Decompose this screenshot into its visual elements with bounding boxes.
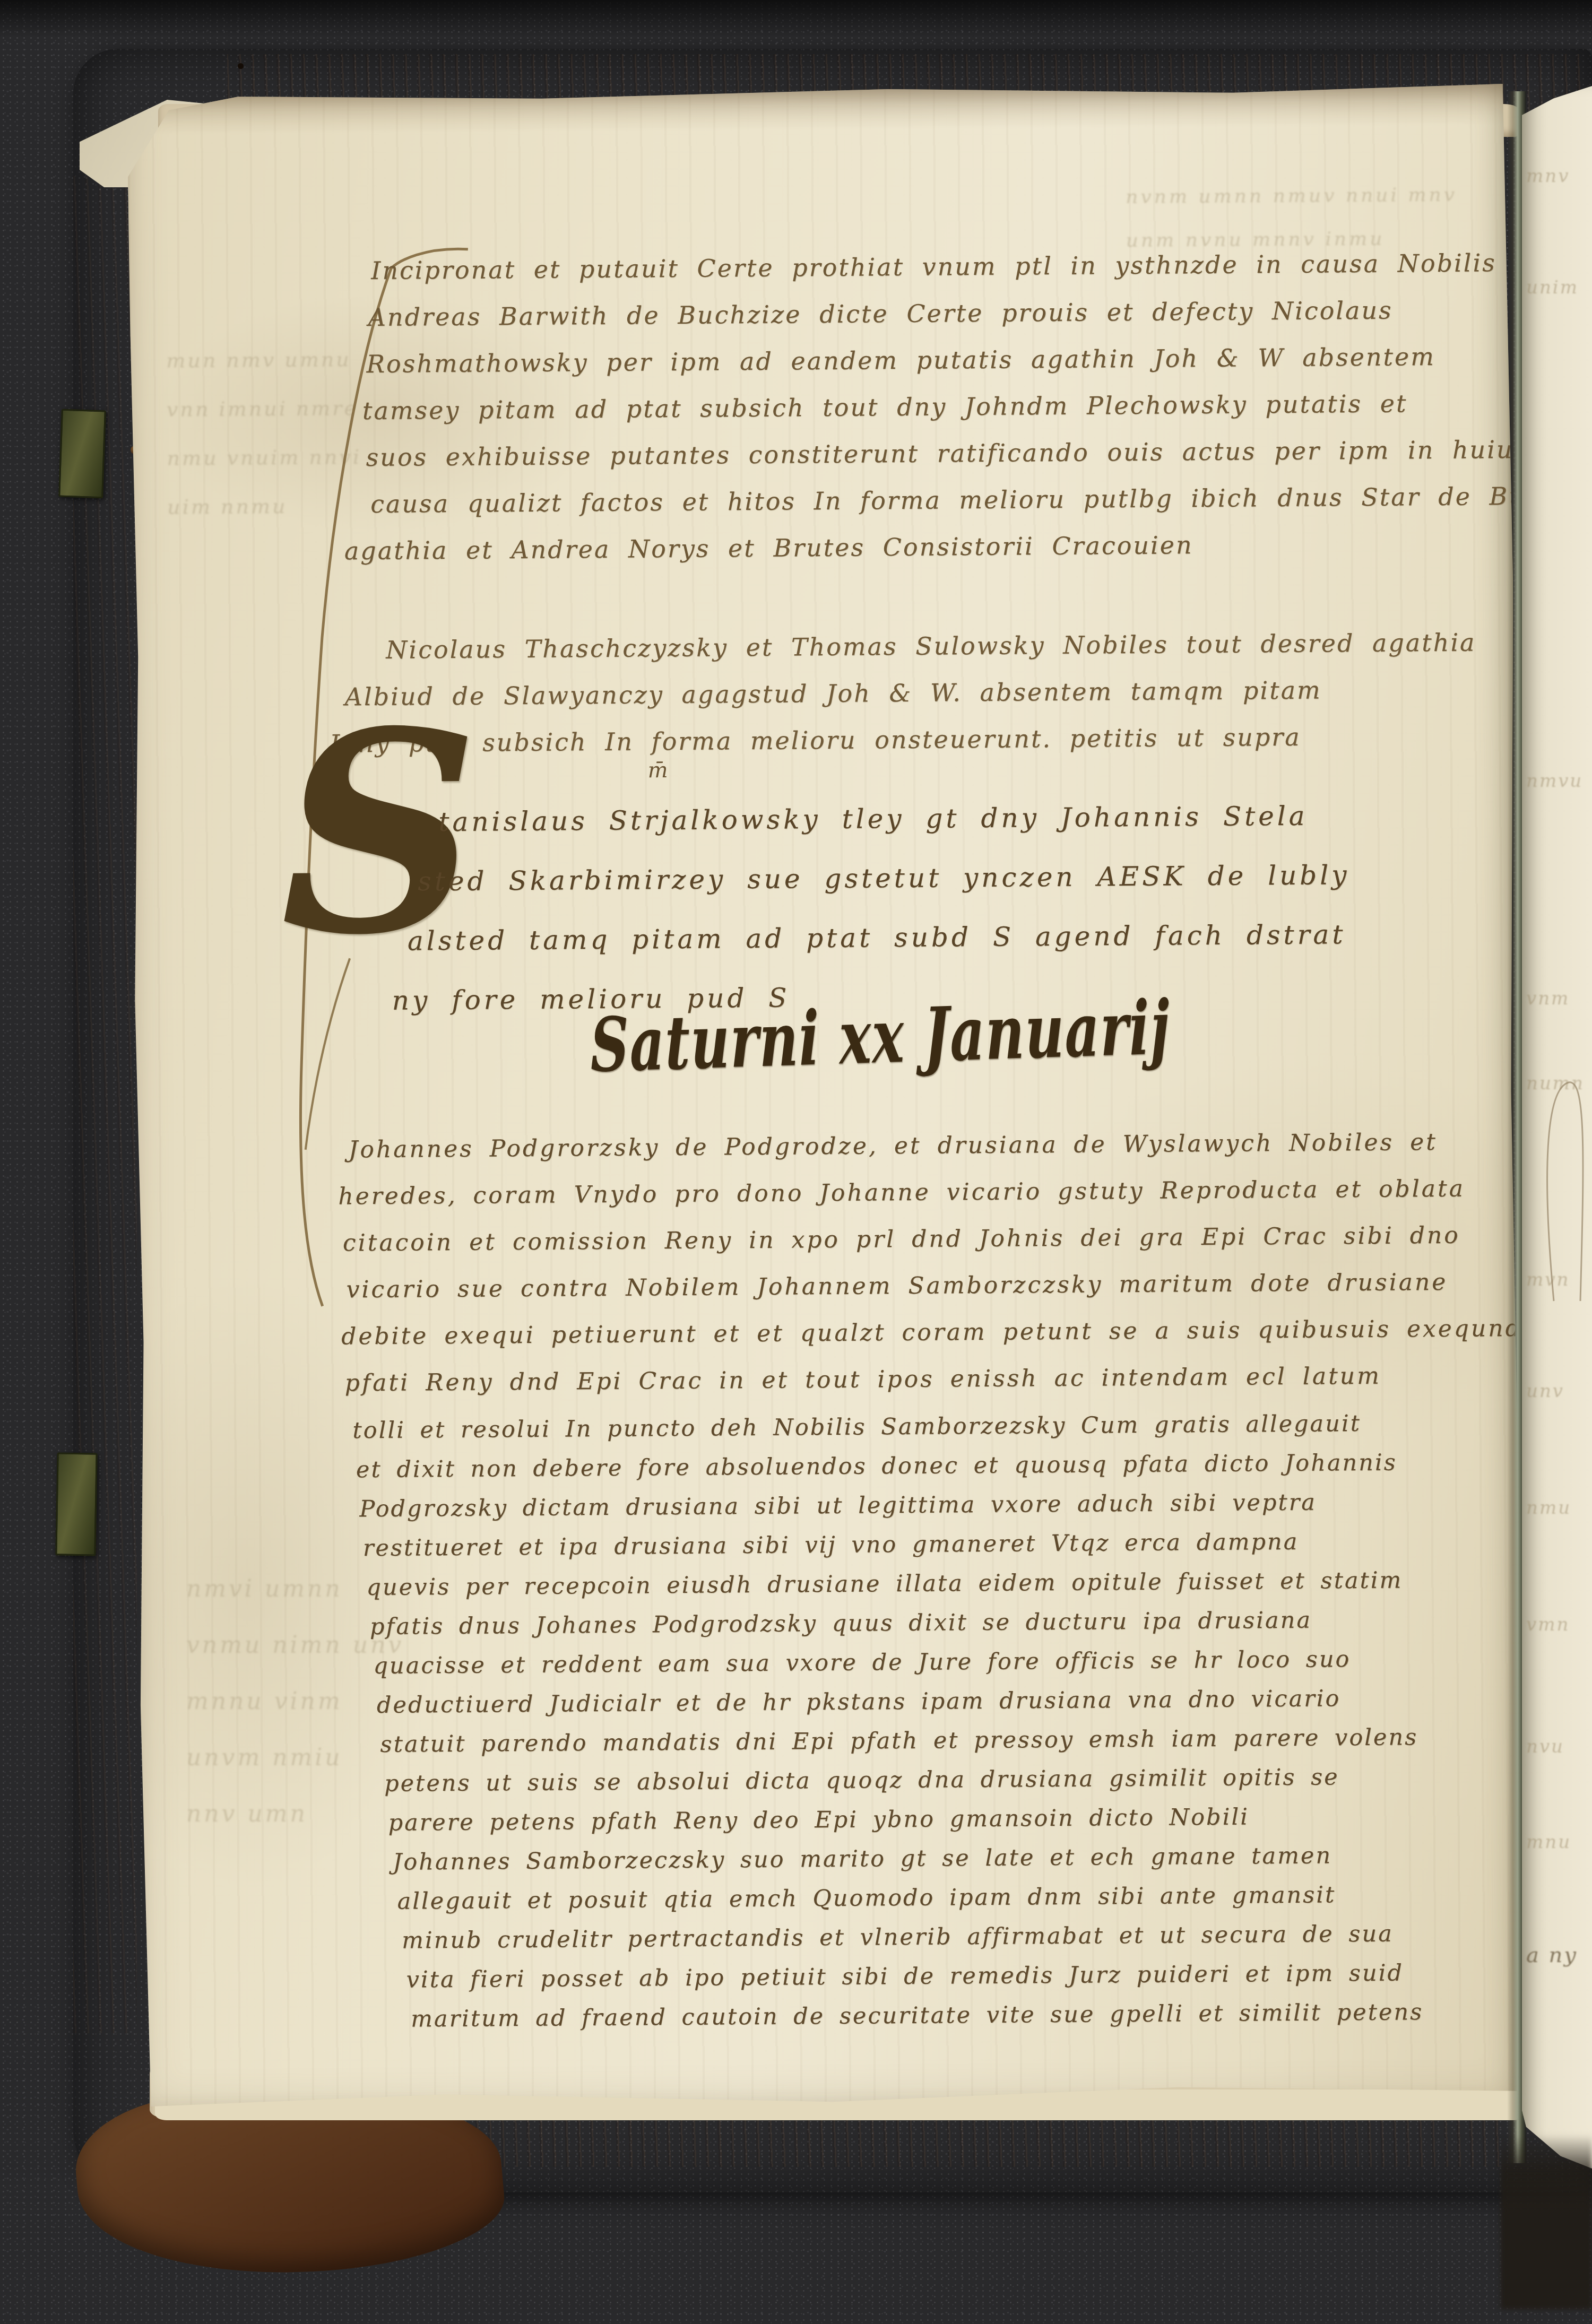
manuscript-line: citacoin et comission Reny in xpo prl dn… [343, 1212, 1522, 1267]
ghost-fragment: nmvu [1526, 770, 1583, 792]
ghost-fragment: numn [1526, 1073, 1585, 1094]
ghost-fragment: mnv [1526, 166, 1570, 187]
manuscript-line: petens ut suis se absolui dicta quoqz dn… [384, 1757, 1422, 1803]
manuscript-line: deductiuerd Judicialr et de hr pkstans i… [377, 1678, 1422, 1725]
paragraph-mark: m̄ [648, 758, 668, 783]
facing-page-edge: mnv unim nmvu vnm numn mvn unv nmu vmn n… [1522, 86, 1592, 2169]
manuscript-entry-4-continued: tolli et resolui In puncto deh Nobilis S… [352, 1403, 1423, 2039]
clasp-fitting-upper [58, 409, 106, 499]
manuscript-line: tamsey pitam ad ptat subsich tout dny Jo… [362, 379, 1543, 435]
ghost-fragment: vnm [1526, 988, 1570, 1009]
manuscript-line: Albiud de Slawyanczy agagstud Joh & W. a… [344, 665, 1476, 720]
manuscript-line: suos exhibuisse putantes constiterunt ra… [366, 426, 1543, 481]
manuscript-line: restitueret et ipa drusiana sibi vij vno… [363, 1521, 1421, 1568]
ghost-fragment: mvn [1526, 1269, 1570, 1290]
manuscript-line: allegauit et posuit qtia emch Quomodo ip… [397, 1875, 1423, 1921]
ghost-fragment: mnu [1526, 1832, 1571, 1853]
ghost-fragment: unim [1526, 277, 1579, 298]
manuscript-line: Johannes Samborzeczsky suo marito gt se … [393, 1835, 1423, 1882]
manuscript-line: minub crudelitr pertractandis et vlnerib… [402, 1914, 1423, 1960]
manuscript-line: Nicolaus Thaschczyzsky et Thomas Sulowsk… [386, 619, 1476, 673]
manuscript-line: Juny ptat subsich In forma melioru onste… [329, 712, 1477, 767]
manuscript-entry-4: Johannes Podgrorzsky de Podgrodze, et dr… [345, 1118, 1522, 1407]
manuscript-line: heredes, coram Vnydo pro dono Johanne vi… [338, 1165, 1521, 1220]
manuscript-page: mun nmv umnu vnn imnui nmre nmu vnuim nn… [127, 83, 1524, 2109]
manuscript-line: et dixit non debere fore absoluendos don… [356, 1443, 1420, 1489]
manuscript-line: quevis per recepcoin eiusdh drusiane ill… [366, 1560, 1421, 1607]
clasp-fitting-lower [55, 1452, 97, 1556]
manuscript-line: vicario sue contra Nobilem Johannem Samb… [346, 1259, 1522, 1313]
manuscript-line: tanislaus Strjalkowsky tley gt dny Johan… [438, 786, 1349, 852]
ghost-fragment: nmu [1526, 1497, 1571, 1519]
manuscript-line: agathia et Andrea Norys et Brutes Consis… [344, 519, 1544, 575]
photo-stage: 8A mun nmv umnu vnn imnui nmre nmu vnuim… [0, 0, 1592, 2324]
recto-pen-flourish [1522, 86, 1592, 2169]
wormhole [238, 63, 244, 69]
manuscript-line: pfatis dnus Johanes Podgrodzsky quus dix… [370, 1600, 1421, 1646]
manuscript-entry-1: Incipronat et putauit Certe prothiat vnu… [366, 239, 1544, 574]
manuscript-line: maritum ad fraend cautoin de securitate … [411, 1992, 1424, 2039]
ghost-fragment: unv [1526, 1381, 1564, 1402]
manuscript-line: Andreas Barwith de Buchzize dicte Certe … [368, 286, 1542, 341]
manuscript-line: statuit parendo mandatis dni Epi pfath e… [380, 1718, 1422, 1764]
manuscript-line: Incipronat et putauit Certe prothiat vnu… [371, 239, 1542, 294]
ghost-fragment: nvu [1526, 1736, 1564, 1757]
date-heading: Saturni xx Januarij [590, 979, 1171, 1094]
ghost-fragment: a ny [1526, 1943, 1578, 1967]
manuscript-line: quacisse et reddent eam sua vxore de Jur… [373, 1639, 1421, 1686]
manuscript-line: Roshmathowsky per ipm ad eandem putatis … [366, 333, 1543, 387]
manuscript-line: parere petens pfath Reny deo Epi ybno gm… [388, 1796, 1422, 1843]
manuscript-line: Johannes Podgrorzsky de Podgrodze, et dr… [348, 1118, 1521, 1173]
manuscript-line: Podgrozsky dictam drusiana sibi ut legit… [359, 1482, 1420, 1529]
ghost-fragment: vmn [1526, 1614, 1570, 1635]
manuscript-entry-2: Nicolaus Thaschczyzsky et Thomas Sulowsk… [378, 619, 1477, 766]
manuscript-line: alsted tamq pitam ad ptat subd S agend f… [408, 905, 1351, 970]
manuscript-line: debite exequi petiuerunt et et qualzt co… [341, 1305, 1522, 1360]
manuscript-line: sted Skarbimirzey sue gstetut ynczen AES… [418, 845, 1350, 911]
manuscript-line: pfati Reny dnd Epi Crac in et tout ipos … [344, 1352, 1522, 1407]
corner-shadow [1501, 2134, 1592, 2309]
manuscript-line: tolli et resolui In puncto deh Nobilis S… [352, 1403, 1420, 1450]
manuscript-line: vita fieri posset ab ipo petiuit sibi de… [406, 1953, 1423, 1999]
manuscript-line: causa qualizt factos et hitos In forma m… [370, 473, 1544, 527]
